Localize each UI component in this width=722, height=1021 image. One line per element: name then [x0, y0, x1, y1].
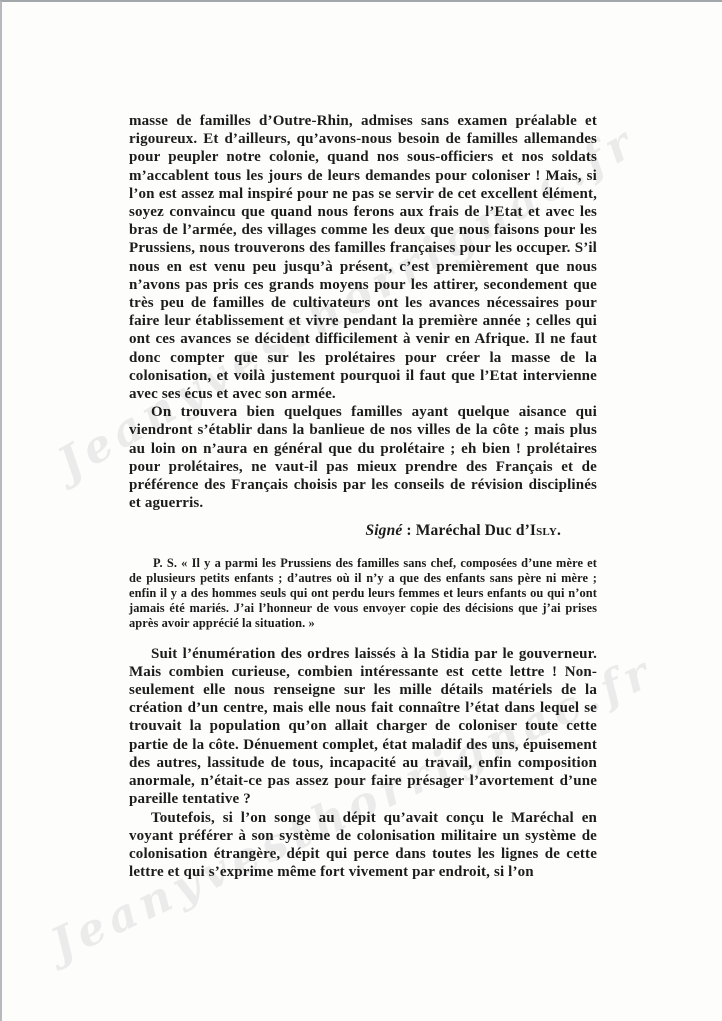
- commentary-paragraph-1: Suit l’énumération des ordres laissés à …: [129, 645, 597, 809]
- page-text-block: masse de familles d’Outre-Rhin, admises …: [2, 2, 722, 881]
- signature-name-smallcaps: sly: [536, 522, 557, 539]
- signature-line: Signé : Maréchal Duc d’Isly.: [129, 522, 561, 540]
- signature-period: .: [557, 522, 561, 539]
- signature-signe-label: Signé: [365, 522, 402, 539]
- commentary-paragraph-2: Toutefois, si l’on songe au dépit qu’ava…: [129, 809, 597, 882]
- letter-paragraph-continuation: masse de familles d’Outre-Rhin, admises …: [129, 112, 597, 403]
- postscript-paragraph: P. S. « Il y a parmi les Prussiens des f…: [129, 556, 597, 631]
- signature-colon: :: [402, 522, 415, 539]
- signature-name: Maréchal Duc d’I: [416, 522, 536, 539]
- letter-paragraph: On trouvera bien quelques familles ayant…: [129, 403, 597, 512]
- scanned-book-page: Jeanyvesthorrignac.fr Jeanyvesthorrignac…: [0, 0, 722, 1021]
